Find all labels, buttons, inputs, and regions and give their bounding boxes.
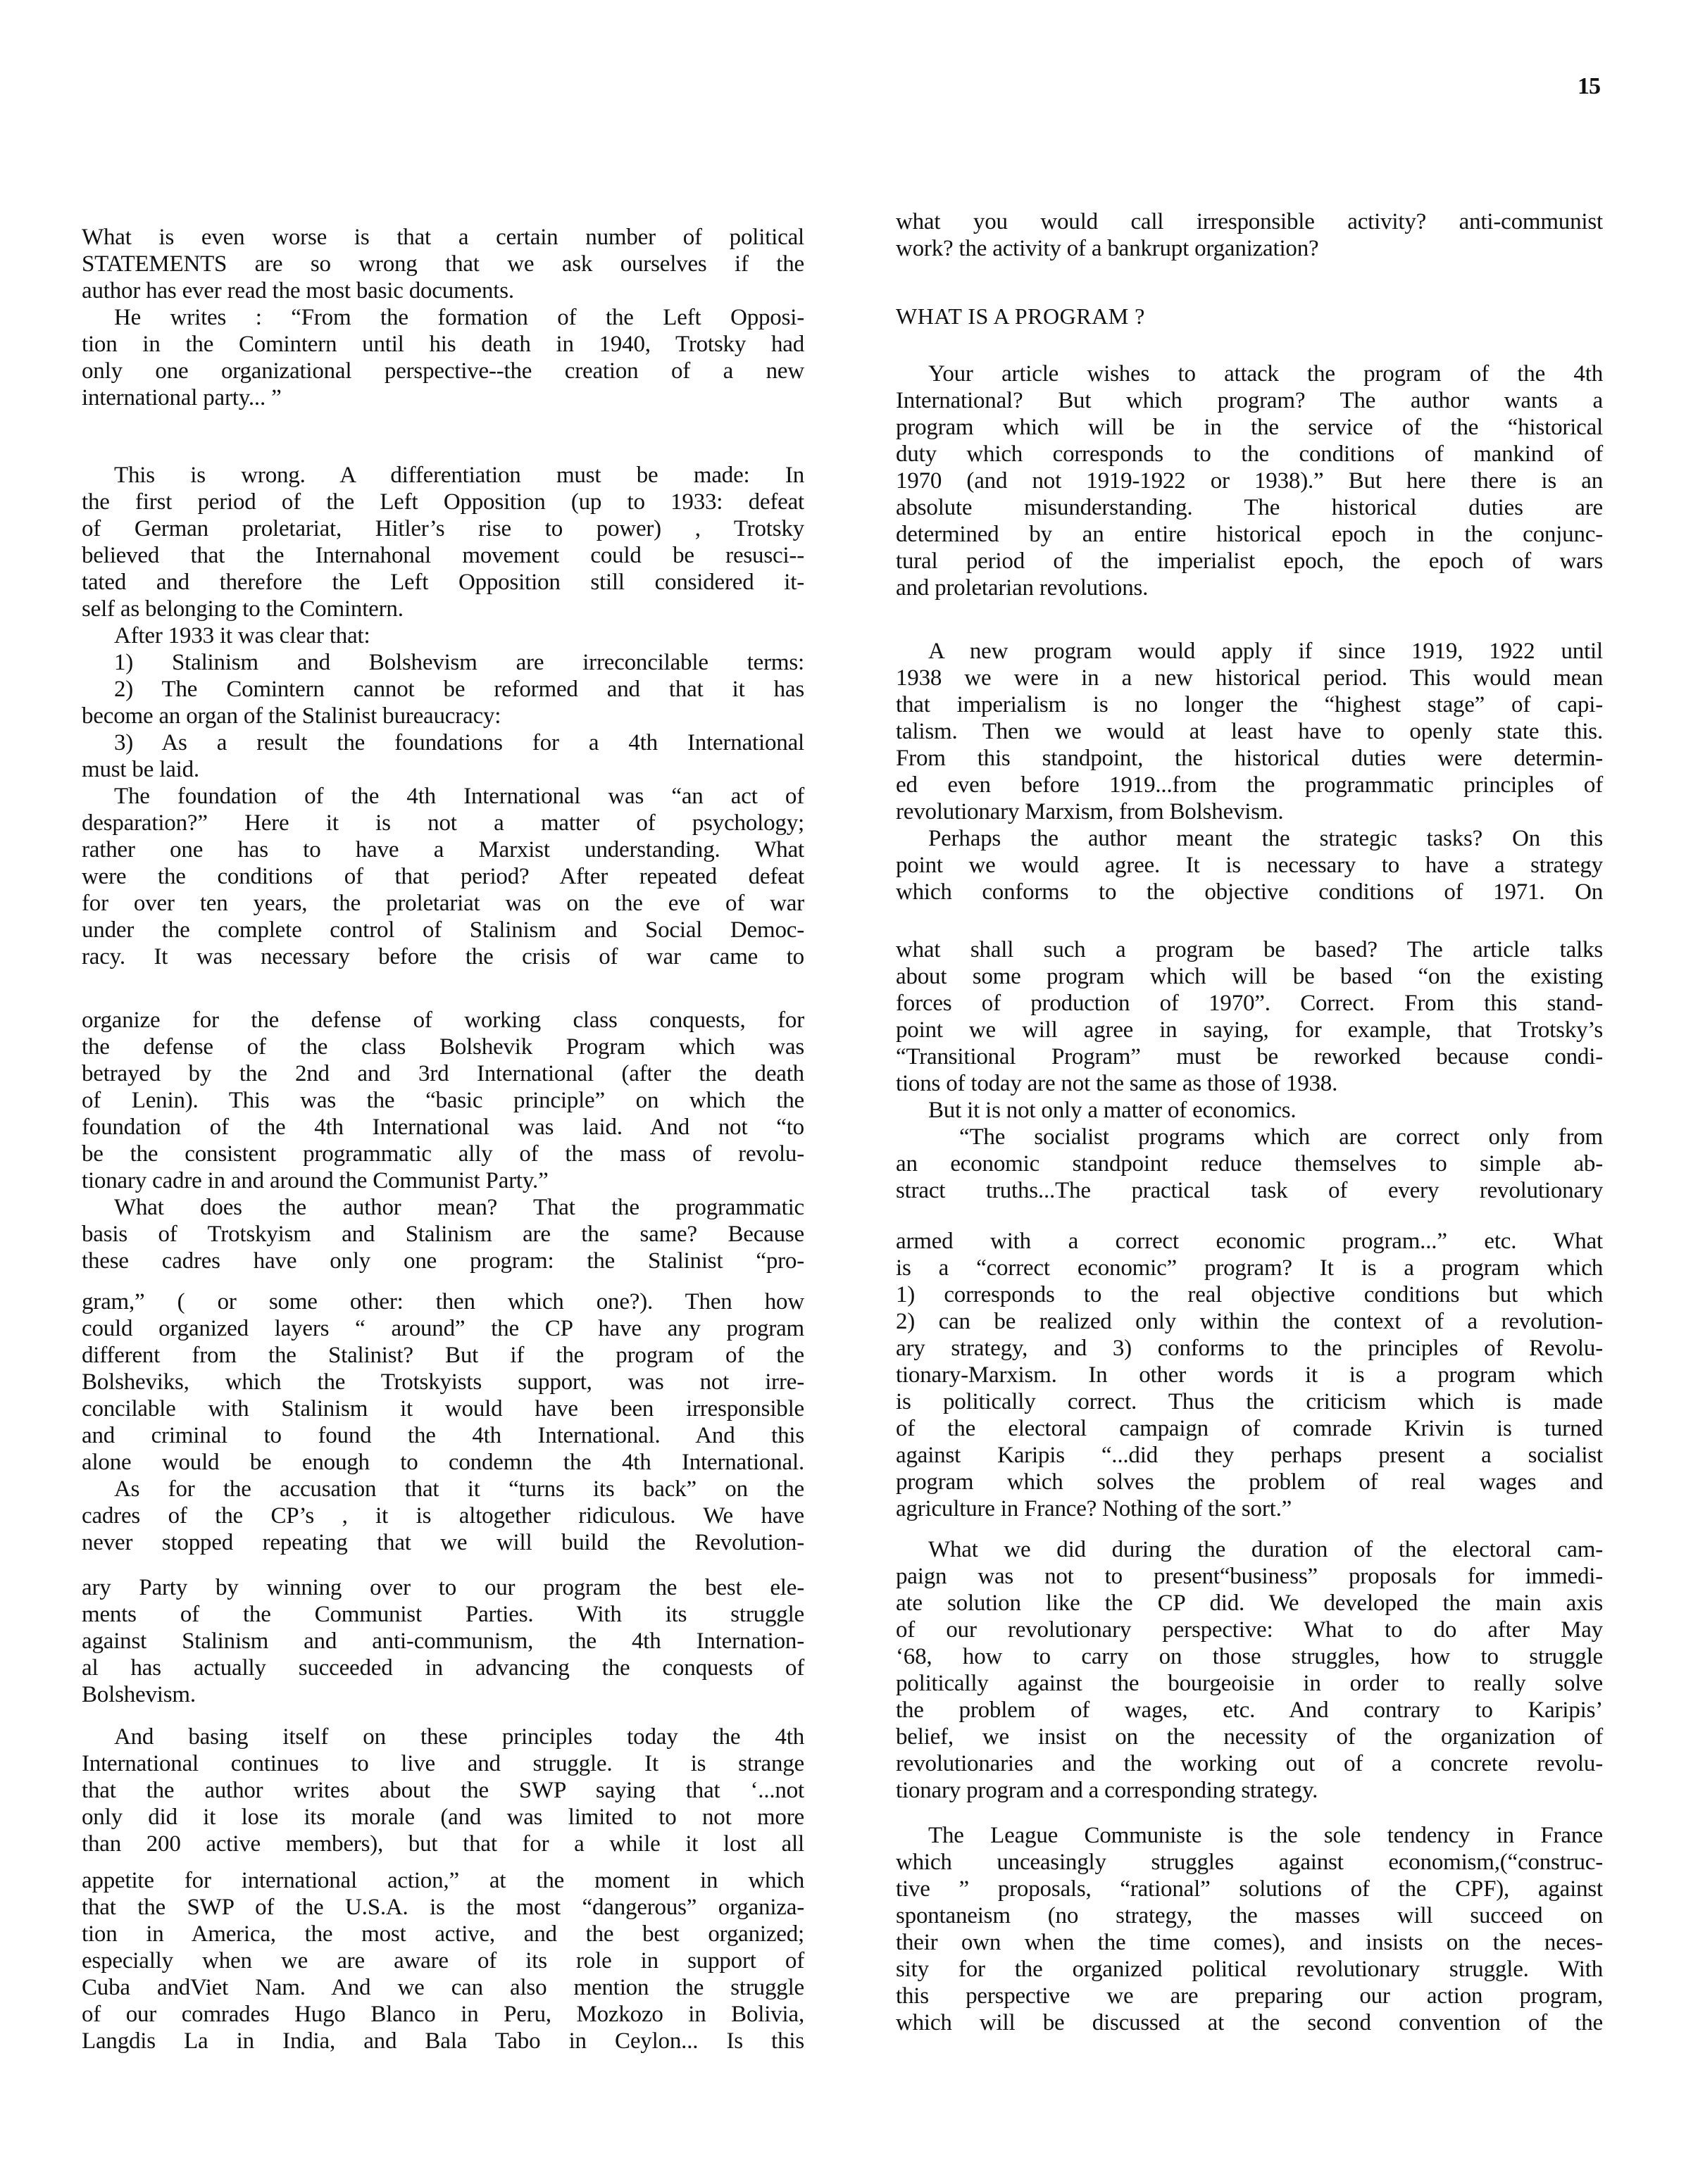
text-line: What does the author mean? That the prog… [82,1194,804,1221]
text-line: which will be discussed at the second co… [896,2009,1603,2036]
text-line: The League Communiste is the sole tenden… [896,1822,1603,1849]
text-line: paign was not to present“business” propo… [896,1563,1603,1590]
text-line: organize for the defense of working clas… [82,1007,804,1034]
text-line: 1970 (and not 1919-1922 or 1938).” But h… [896,467,1603,494]
text-line: Perhaps the author meant the strategic t… [896,825,1603,852]
text-line: betrayed by the 2nd and 3rd Internationa… [82,1060,804,1087]
text-line: agriculture in France? Nothing of the so… [896,1495,1603,1522]
text-line: what shall such a program be based? The … [896,936,1603,963]
text-line: The foundation of the 4th International … [82,783,804,810]
text-line: tionary-Marxism. In other words it is a … [896,1362,1603,1388]
text-line: 2) can be realized only within the conte… [896,1308,1603,1335]
text-line: What we did during the duration of the e… [896,1536,1603,1563]
text-line: international party... ” [82,384,804,411]
text-line: International? But which program? The au… [896,387,1603,414]
text-line: tural period of the imperialist epoch, t… [896,548,1603,575]
text-line: tionary cadre in and around the Communis… [82,1167,804,1194]
text-line: This is wrong. A differentiation must be… [82,462,804,489]
text-line: the first period of the Left Opposition … [82,489,804,515]
text-line: for over ten years, the proletariat was … [82,890,804,917]
text-line: tive ” proposals, “rational” solutions o… [896,1876,1603,1902]
text-line: sity for the organized political revolut… [896,1956,1603,1983]
text-line: which unceasingly struggles against econ… [896,1849,1603,1876]
text-line: 1) corresponds to the real objective con… [896,1281,1603,1308]
text-line: is politically correct. Thus the critici… [896,1388,1603,1415]
text-line: an economic standpoint reduce themselves… [896,1150,1603,1177]
text-line: stract truths...The practical task of ev… [896,1177,1603,1204]
text-line: Bolshevism. [82,1681,804,1708]
text-line: author has ever read the most basic docu… [82,277,804,304]
text-line: than 200 active members), but that for a… [82,1831,804,1857]
text-line: ‘68, how to carry on those struggles, ho… [896,1643,1603,1670]
text-line: duty which corresponds to the conditions… [896,441,1603,467]
text-line: about some program which will be based “… [896,963,1603,990]
text-line: ary strategy, and 3) conforms to the pri… [896,1335,1603,1362]
text-line: Bolsheviks, which the Trotskyists suppor… [82,1369,804,1395]
text-line: of the electoral campaign of comrade Kri… [896,1415,1603,1442]
text-line: 1938 we were in a new historical period.… [896,665,1603,691]
text-line: alone would be enough to condemn the 4th… [82,1449,804,1476]
text-line: only did it lose its morale (and was lim… [82,1804,804,1831]
text-line: STATEMENTS are so wrong that we ask ours… [82,251,804,277]
text-line: tion in the Comintern until his death in… [82,331,804,358]
text-line: which conforms to the objective conditio… [896,879,1603,905]
text-line: work? the activity of a bankrupt organiz… [896,235,1603,262]
text-line: tions of today are not the same as those… [896,1070,1603,1097]
text-line: program which will be in the service of … [896,414,1603,441]
text-line: this perspective we are preparing our ac… [896,1983,1603,2009]
text-line: forces of production of 1970”. Correct. … [896,990,1603,1017]
text-line: against Stalinism and anti-communism, th… [82,1628,804,1655]
text-line: appetite for international action,” at t… [82,1867,804,1894]
text-line: absolute misunderstanding. The historica… [896,494,1603,521]
text-line: these cadres have only one program: the … [82,1248,804,1274]
text-line: After 1933 it was clear that: [82,622,804,649]
text-line: of German proletariat, Hitler’s rise to … [82,515,804,542]
text-line: belief, we insist on the necessity of th… [896,1724,1603,1750]
text-line: ate solution like the CP did. We develop… [896,1590,1603,1617]
text-line: point we will agree in saying, for examp… [896,1017,1603,1043]
text-line: International continues to live and stru… [82,1750,804,1777]
text-line: “Transitional Program” must be reworked … [896,1043,1603,1070]
text-line: 3) As a result the foundations for a 4th… [82,729,804,756]
text-line: concilable with Stalinism it would have … [82,1395,804,1422]
text-line: cadres of the CP’s , it is altogether ri… [82,1502,804,1529]
text-line: ed even before 1919...from the programma… [896,772,1603,798]
text-line: under the complete control of Stalinism … [82,917,804,943]
text-line: al has actually succeeded in advancing t… [82,1655,804,1681]
text-line: Your article wishes to attack the progra… [896,360,1603,387]
text-line: And basing itself on these principles to… [82,1724,804,1750]
text-line: is a “correct economic” program? It is a… [896,1255,1603,1281]
text-line: ary Party by winning over to our program… [82,1574,804,1601]
text-line: and criminal to found the 4th Internatio… [82,1422,804,1449]
text-line: tion in America, the most active, and th… [82,1921,804,1947]
text-line: racy. It was necessary before the crisis… [82,943,804,970]
text-line: believed that the Internahonal movement … [82,542,804,569]
text-line: 1) Stalinism and Bolshevism are irreconc… [82,649,804,676]
text-line: the problem of wages, etc. And contrary … [896,1697,1603,1724]
text-line: of Lenin). This was the “basic principle… [82,1087,804,1114]
text-line: of our comrades Hugo Blanco in Peru, Moz… [82,2001,804,2028]
text-line: what you would call irresponsible activi… [896,208,1603,235]
text-line: only one organizational perspective--the… [82,358,804,384]
text-line: basis of Trotskyism and Stalinism are th… [82,1221,804,1248]
page-number: 15 [1578,73,1600,100]
text-line: point we would agree. It is necessary to… [896,852,1603,879]
text-line: tionary program and a corresponding stra… [896,1777,1603,1804]
text-line: talism. Then we would at least have to o… [896,718,1603,745]
text-line: Langdis La in India, and Bala Tabo in Ce… [82,2028,804,2054]
text-line: different from the Stalinist? But if the… [82,1342,804,1369]
text-line: As for the accusation that it “turns its… [82,1476,804,1502]
text-line: armed with a correct economic program...… [896,1228,1603,1255]
text-line: never stopped repeating that we will bui… [82,1529,804,1556]
text-line: against Karipis “...did they perhaps pre… [896,1442,1603,1469]
text-line: gram,” ( or some other: then which one?)… [82,1288,804,1315]
text-line: determined by an entire historical epoch… [896,521,1603,548]
text-line: the defense of the class Bolshevik Progr… [82,1034,804,1060]
text-line: and proletarian revolutions. [896,575,1603,601]
text-line: that imperialism is no longer the “highe… [896,691,1603,718]
text-line: that the SWP of the U.S.A. is the most “… [82,1894,804,1921]
text-line: 2) The Comintern cannot be reformed and … [82,676,804,703]
text-line: tated and therefore the Left Opposition … [82,569,804,596]
text-line: must be laid. [82,756,804,783]
text-line: But it is not only a matter of economics… [896,1097,1603,1124]
document-page: 15 What is even worse is that a certain … [0,0,1686,2184]
text-line: their own when the time comes), and insi… [896,1929,1603,1956]
section-heading: WHAT IS A PROGRAM ? [896,303,1145,330]
text-line: be the consistent programmatic ally of t… [82,1141,804,1167]
text-line: become an organ of the Stalinist bureauc… [82,703,804,729]
text-line: revolutionaries and the working out of a… [896,1750,1603,1777]
text-line: foundation of the 4th International was … [82,1114,804,1141]
text-line: What is even worse is that a certain num… [82,224,804,251]
text-line: A new program would apply if since 1919,… [896,638,1603,665]
text-line: program which solves the problem of real… [896,1469,1603,1495]
text-line: that the author writes about the SWP say… [82,1777,804,1804]
text-line: From this standpoint, the historical dut… [896,745,1603,772]
text-line: were the conditions of that period? Afte… [82,863,804,890]
text-line: Cuba andViet Nam. And we can also mentio… [82,1974,804,2001]
text-line: “The socialist programs which are correc… [896,1124,1603,1150]
text-line: of our revolutionary perspective: What t… [896,1617,1603,1643]
text-line: rather one has to have a Marxist underst… [82,836,804,863]
text-line: He writes : “From the formation of the L… [82,304,804,331]
text-line: especially when we are aware of its role… [82,1947,804,1974]
text-line: ments of the Communist Parties. With its… [82,1601,804,1628]
text-line: could organized layers “ around” the CP … [82,1315,804,1342]
text-line: desparation?” Here it is not a matter of… [82,810,804,836]
text-line: spontaneism (no strategy, the masses wil… [896,1902,1603,1929]
text-line: politically against the bourgeoisie in o… [896,1670,1603,1697]
text-line: self as belonging to the Comintern. [82,596,804,622]
text-line: revolutionary Marxism, from Bolshevism. [896,798,1603,825]
